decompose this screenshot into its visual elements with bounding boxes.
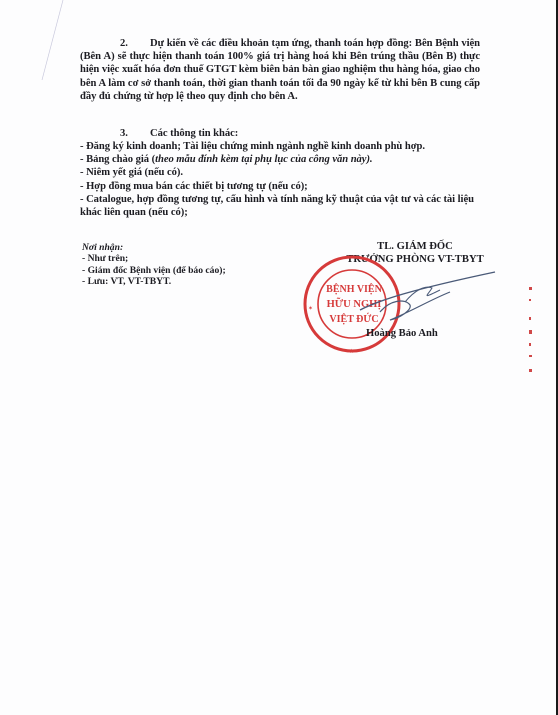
recipients-title: Nơi nhận: bbox=[82, 242, 226, 253]
list-item: - Niêm yết giá (nếu có). bbox=[80, 166, 480, 179]
document-page: 2.Dự kiến về các điều khoản tạm ứng, tha… bbox=[0, 0, 556, 715]
section-3-number: 3. bbox=[120, 127, 132, 140]
section-3-heading: 3.Các thông tin khác: bbox=[80, 127, 480, 140]
signer-name: Hoàng Bảo Anh bbox=[366, 328, 438, 339]
margin-stamp-marks bbox=[525, 285, 537, 385]
list-item: - Bảng chào giá (theo mẫu đính kèm tại p… bbox=[80, 153, 480, 166]
recipient-item: - Như trên; bbox=[82, 253, 226, 264]
section-2-paragraph: 2.Dự kiến về các điều khoản tạm ứng, tha… bbox=[80, 37, 480, 103]
svg-text:★: ★ bbox=[349, 348, 354, 355]
list-item: - Hợp đồng mua bán các thiết bị tương tự… bbox=[80, 180, 480, 193]
list-item: - Đăng ký kinh doanh; Tài liệu chứng min… bbox=[80, 140, 480, 153]
recipients-block: Nơi nhận: - Như trên; - Giám đốc Bệnh vi… bbox=[82, 242, 226, 288]
svg-text:✶: ✶ bbox=[308, 305, 313, 312]
recipient-item: - Lưu: VT, VT-TBYT. bbox=[82, 276, 226, 287]
list-item: - Catalogue, hợp đồng tương tự, cấu hình… bbox=[80, 193, 480, 219]
recipient-item: - Giám đốc Bệnh viện (để báo cáo); bbox=[82, 265, 226, 276]
section-2-text: Dự kiến về các điều khoản tạm ứng, thanh… bbox=[80, 38, 480, 102]
section-3-list: - Đăng ký kinh doanh; Tài liệu chứng min… bbox=[80, 140, 480, 219]
section-2-number: 2. bbox=[120, 37, 132, 50]
handwritten-signature bbox=[350, 270, 500, 330]
section-3-heading-text: Các thông tin khác: bbox=[150, 128, 238, 139]
